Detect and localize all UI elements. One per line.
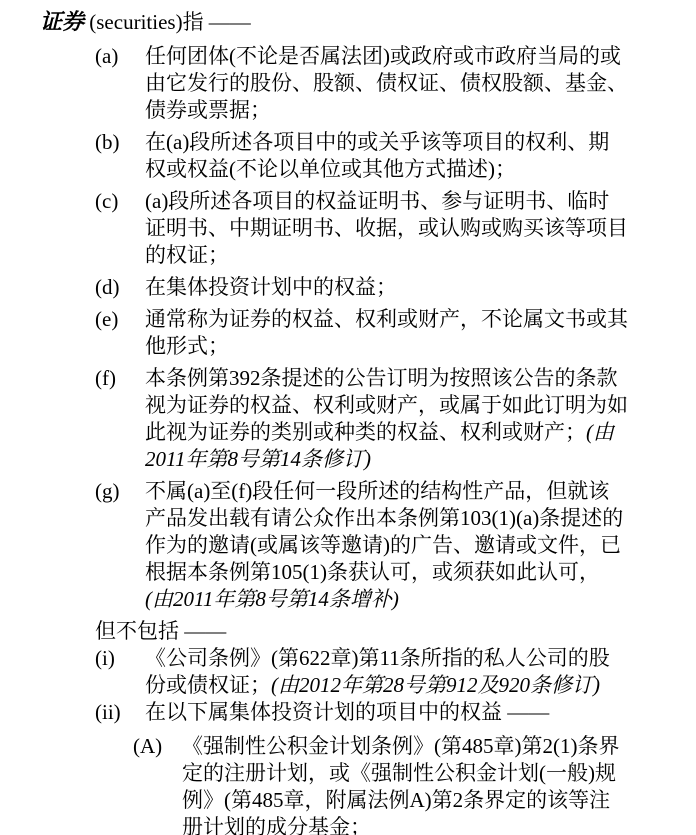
- definition-connector: 指 ——: [183, 10, 251, 34]
- statute-page: 证券 (securities)指 —— (a) 任何团体(不论是否属法团)或政府…: [0, 0, 696, 835]
- clause-f-label: (f): [95, 365, 145, 392]
- exclusion-ii-body: 在以下属集体投资计划的项目中的权益 ——: [145, 699, 668, 726]
- clause-e: (e) 通常称为证券的权益、权利或财产，不论属文书或其他形式；: [40, 306, 668, 360]
- clause-g: (g) 不属(a)至(f)段任何一段所述的结构性产品，但就该产品发出载有请公众作…: [40, 478, 668, 613]
- exclusion-ii-A: (A) 《强制性公积金计划条例》(第485章)第2(1)条界定的注册计划，或《强…: [40, 733, 668, 835]
- clause-c-body: (a)段所述各项目的权益证明书、参与证明书、临时证明书、中期证明书、收据，或认购…: [145, 188, 668, 269]
- clause-b-label: (b): [95, 129, 145, 156]
- clause-d: (d) 在集体投资计划中的权益；: [40, 274, 668, 301]
- exclusion-i-label: (i): [95, 645, 145, 672]
- exclusion-i-body: 《公司条例》(第622章)第11条所指的私人公司的股份或债权证；(由2012年第…: [145, 645, 668, 699]
- exclusion-ii-A-body: 《强制性公积金计划条例》(第485章)第2(1)条界定的注册计划，或《强制性公积…: [182, 733, 668, 835]
- definition-header: 证券 (securities)指 ——: [40, 8, 668, 36]
- exclusion-ii: (ii) 在以下属集体投资计划的项目中的权益 ——: [40, 699, 668, 726]
- clause-c: (c) (a)段所述各项目的权益证明书、参与证明书、临时证明书、中期证明书、收据…: [40, 188, 668, 269]
- exclusion-ii-label: (ii): [95, 699, 145, 726]
- defined-term: 证券: [40, 9, 84, 34]
- exclusion-ii-A-label: (A): [133, 733, 182, 760]
- clause-f: (f) 本条例第392条提述的公告订明为按照该公告的条款视为证券的权益、权利或财…: [40, 365, 668, 473]
- exclusion-i: (i) 《公司条例》(第622章)第11条所指的私人公司的股份或债权证；(由20…: [40, 645, 668, 699]
- defined-term-english: (securities): [84, 10, 183, 34]
- clause-f-body: 本条例第392条提述的公告订明为按照该公告的条款视为证券的权益、权利或财产，或属…: [145, 365, 668, 473]
- clause-g-label: (g): [95, 478, 145, 505]
- clause-b: (b) 在(a)段所述各项目中的或关乎该等项目的权利、期权或权益(不论以单位或其…: [40, 129, 668, 183]
- exclusion-intro: 但不包括 ——: [40, 618, 668, 645]
- clause-g-body: 不属(a)至(f)段任何一段所述的结构性产品，但就该产品发出载有请公众作出本条例…: [145, 478, 668, 613]
- clause-a-label: (a): [95, 43, 145, 70]
- clause-d-label: (d): [95, 274, 145, 301]
- clause-e-body: 通常称为证券的权益、权利或财产，不论属文书或其他形式；: [145, 306, 668, 360]
- clause-e-label: (e): [95, 306, 145, 333]
- clause-a-body: 任何团体(不论是否属法团)或政府或市政府当局的或由它发行的股份、股额、债权证、债…: [145, 43, 668, 124]
- clause-c-label: (c): [95, 188, 145, 215]
- clause-d-body: 在集体投资计划中的权益；: [145, 274, 668, 301]
- clause-a: (a) 任何团体(不论是否属法团)或政府或市政府当局的或由它发行的股份、股额、债…: [40, 43, 668, 124]
- clause-b-body: 在(a)段所述各项目中的或关乎该等项目的权利、期权或权益(不论以单位或其他方式描…: [145, 129, 668, 183]
